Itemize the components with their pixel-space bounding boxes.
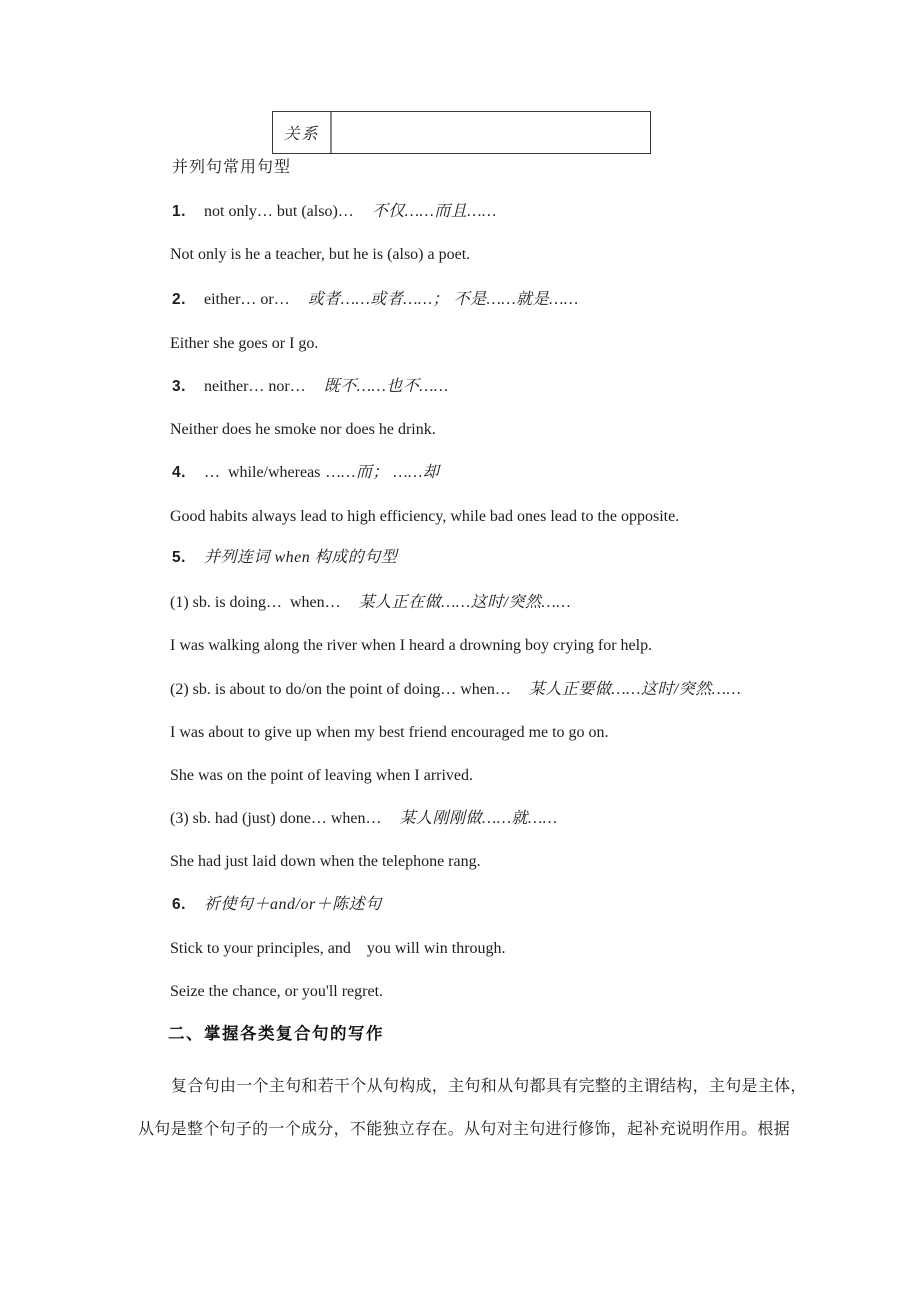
- item-number: 3.: [172, 377, 204, 397]
- pattern-english: neither… nor…: [204, 378, 306, 395]
- pattern-english: … while/whereas: [204, 464, 320, 481]
- paragraph-line: 从句是整个句子的一个成分，不能独立存在。从句对主句进行修饰，起补充说明作用。根据: [138, 1120, 790, 1140]
- pattern-item-2: 2.either… or…或者……或者……； 不是……就是……: [172, 290, 579, 310]
- pattern-english: (3) sb. had (just) done… when…: [170, 810, 382, 827]
- item-number: 4.: [172, 463, 204, 483]
- pattern-chinese: 某人正要做……这时/突然……: [529, 681, 741, 698]
- pattern-item-6: 6.祈使句＋and/or＋陈述句: [172, 895, 382, 915]
- pattern-chinese: 或者……或者……； 不是……就是……: [308, 291, 579, 308]
- paragraph-line: 复合句由一个主句和若干个从句构成，主句和从句都具有完整的主谓结构，主句是主体，: [171, 1077, 807, 1097]
- table-cell-relation-value: [332, 112, 650, 153]
- pattern-item-4: 4.… while/whereas……而； ……却: [172, 463, 439, 483]
- pattern-chinese: 某人刚刚做……就……: [400, 810, 558, 827]
- section-subtitle: 并列句常用句型: [172, 158, 291, 178]
- example-sentence: Not only is he a teacher, but he is (als…: [170, 245, 470, 265]
- pattern-item-5: 5.并列连词 when 构成的句型: [172, 548, 397, 568]
- pattern-english: (1) sb. is doing… when…: [170, 594, 341, 611]
- example-sentence: I was walking along the river when I hea…: [170, 636, 652, 656]
- item-number: 1.: [172, 202, 204, 222]
- example-sentence: She was on the point of leaving when I a…: [170, 766, 473, 786]
- example-sentence: Seize the chance, or you'll regret.: [170, 982, 383, 1002]
- document-page: 关系 并列句常用句型 1.not only… but (also)…不仅……而且…: [0, 0, 920, 1302]
- example-sentence: Neither does he smoke nor does he drink.: [170, 420, 436, 440]
- item-number: 5.: [172, 548, 204, 568]
- example-sentence: She had just laid down when the telephon…: [170, 852, 481, 872]
- example-sentence: Good habits always lead to high efficien…: [170, 507, 679, 527]
- example-sentence: Either she goes or I go.: [170, 334, 318, 354]
- pattern-chinese: 某人正在做……这时/突然……: [359, 594, 571, 611]
- relation-table: 关系: [272, 111, 651, 154]
- pattern-english: not only… but (also)…: [204, 203, 354, 220]
- pattern-subitem-3: (3) sb. had (just) done… when…某人刚刚做……就……: [170, 809, 557, 829]
- pattern-chinese: 祈使句＋and/or＋陈述句: [204, 896, 382, 913]
- pattern-chinese: ……而； ……却: [326, 464, 439, 481]
- pattern-english: either… or…: [204, 291, 290, 308]
- example-sentence: I was about to give up when my best frie…: [170, 723, 609, 743]
- table-cell-relation: 关系: [273, 112, 332, 153]
- pattern-subitem-1: (1) sb. is doing… when…某人正在做……这时/突然……: [170, 593, 571, 613]
- example-sentence: Stick to your principles, and you will w…: [170, 939, 506, 959]
- pattern-chinese: 并列连词 when 构成的句型: [204, 549, 397, 566]
- item-number: 6.: [172, 895, 204, 915]
- relation-label: 关系: [283, 121, 319, 144]
- item-number: 2.: [172, 290, 204, 310]
- pattern-chinese: 不仅……而且……: [372, 203, 497, 220]
- pattern-english: (2) sb. is about to do/on the point of d…: [170, 681, 511, 698]
- pattern-item-1: 1.not only… but (also)…不仅……而且……: [172, 202, 497, 222]
- section-heading: 二、掌握各类复合句的写作: [168, 1024, 384, 1044]
- pattern-chinese: 既不……也不……: [324, 378, 449, 395]
- pattern-subitem-2: (2) sb. is about to do/on the point of d…: [170, 680, 741, 700]
- pattern-item-3: 3.neither… nor…既不……也不……: [172, 377, 449, 397]
